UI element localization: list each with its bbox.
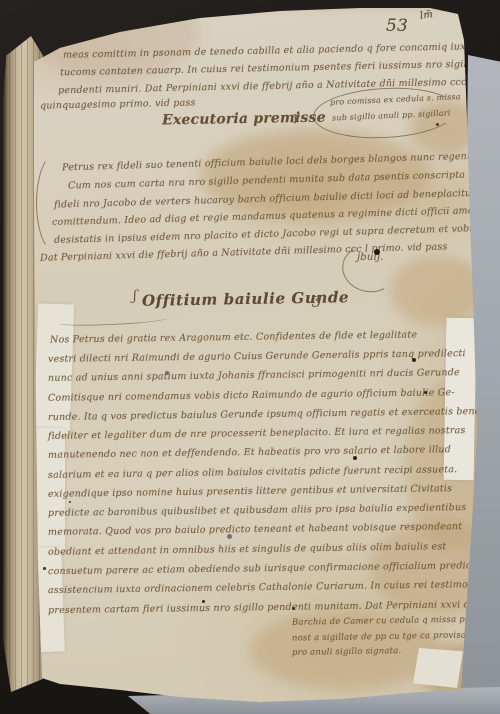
folio-number: 53 [386,16,408,36]
heading-offitium-prefix: ʃ [133,288,137,304]
stain [390,255,485,325]
corner-mark: lm̄ [419,9,433,22]
ink-speck [424,391,427,394]
heading-offitium-suffix: ʒ [312,290,320,308]
probata-mark: jbuij. [357,252,384,263]
manuscript-line: fideliter et legaliter dum de nre proces… [48,425,466,442]
manuscript-line: Comitisque nri comendamus vobis dicto Ra… [48,387,455,404]
manuscript-photo: 53 lm̄ meas comittim in psonam de tenedo… [0,0,500,714]
wormhole [374,249,380,255]
manuscript-line: quinquagesimo primo. vid pass [40,97,196,111]
ink-speck [412,358,416,362]
manuscript-line: pro anuli sigillo signata. [292,646,402,658]
manuscript-line: manutenendo nec non et deffendendo. Et h… [48,444,451,461]
repair-patch-right [444,318,477,480]
ink-speck [292,607,295,610]
ink-speck [202,600,205,603]
ink-speck [69,501,71,503]
ink-speck [436,123,439,126]
ink-speck [227,534,232,539]
heading-executoria-flourish: γ [292,110,300,125]
manuscript-line: Nos Petrus dei gratia rex Aragonum etc. … [50,329,417,345]
manuscript-line: salarium et ea iura q per alios olim bai… [48,464,458,481]
heading-executoria: Executoria premisse [162,110,326,129]
manuscript-line: vestri dilecti nri Raimundi de agurio Cu… [48,348,466,365]
manuscript-line: Barchia de Camer cu cedula q missa parte… [292,614,494,628]
ink-speck [353,456,357,460]
manuscript-line: nunc ad unius anni spatium iuxta Johanis… [48,367,460,384]
manuscript-line: exigendique ipso nomine huius presentis … [48,483,452,500]
repair-patch-bottom-right [413,648,463,688]
manuscript-line: predicte ac baronibus quibuslibet et qui… [48,502,466,519]
ink-speck [43,567,46,570]
ink-speck [165,371,169,375]
manuscript-line: nost a sigillate de pp cu tge ca provisa [292,630,466,643]
underline-flourish [58,314,168,327]
manuscript-page: 53 lm̄ meas comittim in psonam de tenedo… [0,0,500,714]
